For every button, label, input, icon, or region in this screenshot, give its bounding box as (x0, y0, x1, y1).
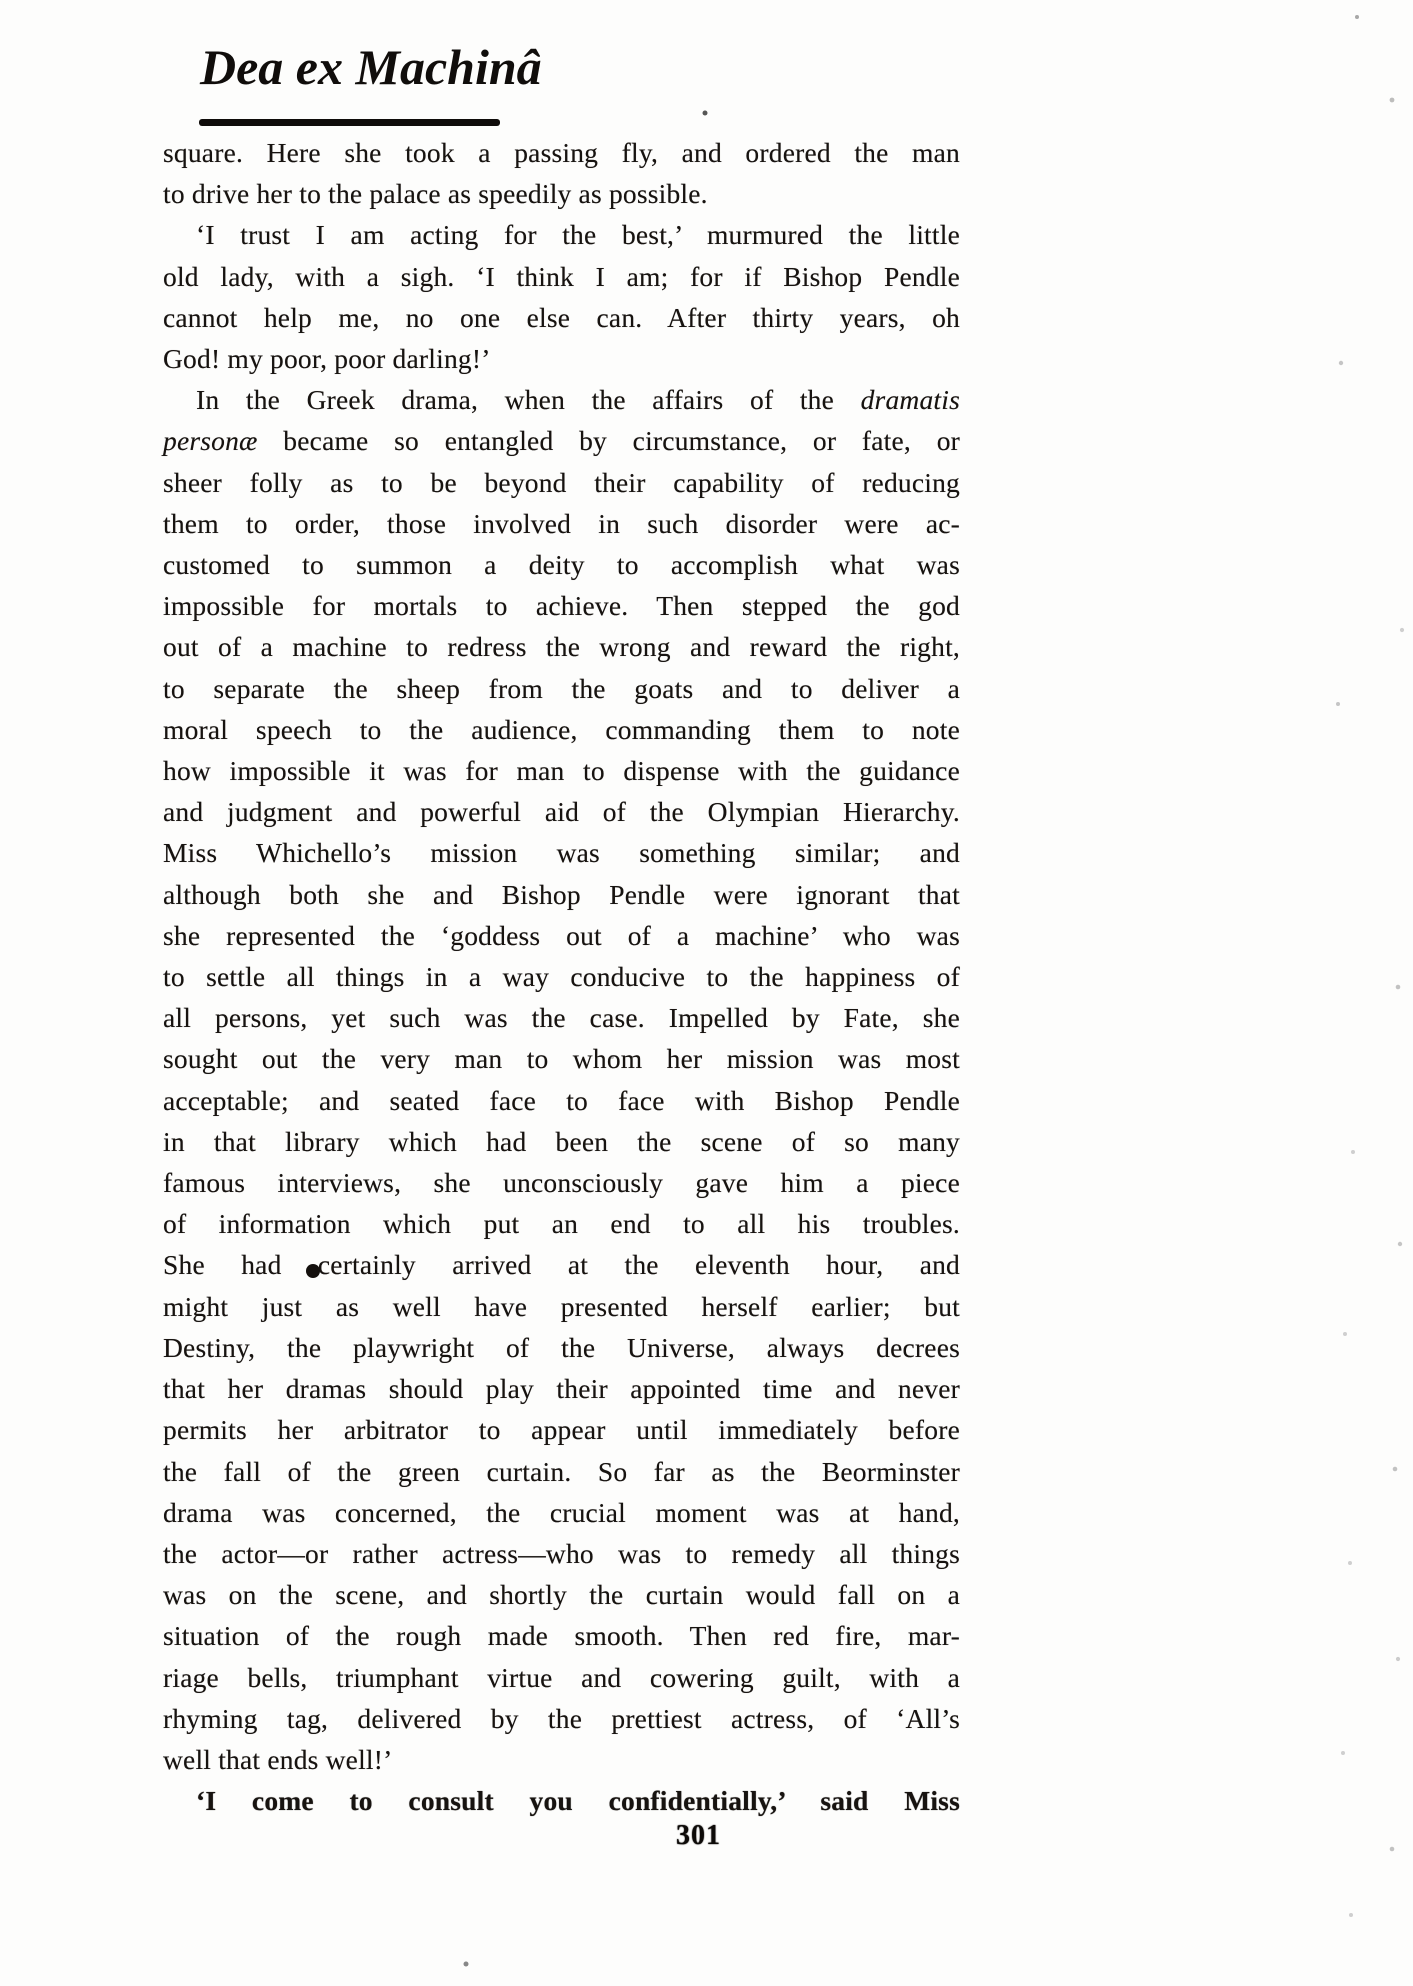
body-text: square. Here she took a passing fly, and… (163, 132, 960, 1821)
text-line: old lady, with a sigh. ‘I think I am; fo… (163, 256, 960, 297)
text-segment: drama was concerned, the crucial moment … (163, 1497, 960, 1528)
text-segment: she represented the ‘goddess out of a ma… (163, 920, 960, 951)
text-segment: the fall of the green curtain. So far as… (163, 1456, 960, 1487)
text-segment: out of a machine to redress the wrong an… (163, 631, 960, 662)
text-line: acceptable; and seated face to face with… (163, 1080, 960, 1121)
text-segment: God! my poor, poor darling!’ (163, 343, 491, 374)
text-line: moral speech to the audience, commanding… (163, 709, 960, 750)
ink-blot (306, 1264, 320, 1278)
text-line: personæ became so entangled by circumsta… (163, 420, 960, 461)
text-line: to separate the sheep from the goats and… (163, 668, 960, 709)
text-segment: well that ends well!’ (163, 1744, 392, 1775)
text-segment: them to order, those involved in such di… (163, 508, 960, 539)
text-segment: rhyming tag, delivered by the prettiest … (163, 1703, 960, 1734)
text-line: God! my poor, poor darling!’ (163, 338, 960, 379)
text-line: sheer folly as to be beyond their capabi… (163, 462, 960, 503)
text-segment: all persons, yet such was the case. Impe… (163, 1002, 960, 1033)
text-segment: the actor—or rather actress—who was to r… (163, 1538, 960, 1569)
text-segment: famous interviews, she unconsciously gav… (163, 1167, 960, 1198)
text-segment: She had certainly arrived at the elevent… (163, 1249, 960, 1280)
text-segment: that her dramas should play their appoin… (163, 1373, 960, 1404)
text-line: sought out the very man to whom her miss… (163, 1038, 960, 1079)
text-segment: might just as well have presented hersel… (163, 1291, 960, 1322)
italic-text-segment: dramatis (861, 384, 960, 415)
text-segment: Miss Whichello’s mission was something s… (163, 837, 960, 868)
text-line: out of a machine to redress the wrong an… (163, 626, 960, 667)
page-number: 301 (676, 1820, 721, 1852)
text-line: famous interviews, she unconsciously gav… (163, 1162, 960, 1203)
text-line: cannot help me, no one else can. After t… (163, 297, 960, 338)
text-segment: and judgment and powerful aid of the Oly… (163, 796, 960, 827)
text-segment: became so entangled by circumstance, or … (258, 425, 960, 456)
text-segment: sheer folly as to be beyond their capabi… (163, 467, 960, 498)
text-segment: Destiny, the playwright of the Universe,… (163, 1332, 960, 1363)
text-segment: to settle all things in a way conducive … (163, 961, 960, 992)
text-segment: riage bells, triumphant virtue and cower… (163, 1662, 960, 1693)
text-line: Destiny, the playwright of the Universe,… (163, 1327, 960, 1368)
text-segment: although both she and Bishop Pendle were… (163, 879, 960, 910)
text-line: impossible for mortals to achieve. Then … (163, 585, 960, 626)
text-line: to drive her to the palace as speedily a… (163, 173, 960, 214)
text-line: in that library which had been the scene… (163, 1121, 960, 1162)
text-line: all persons, yet such was the case. Impe… (163, 997, 960, 1038)
text-line: the actor—or rather actress—who was to r… (163, 1533, 960, 1574)
text-line: drama was concerned, the crucial moment … (163, 1492, 960, 1533)
text-segment: was on the scene, and shortly the curtai… (163, 1579, 960, 1610)
italic-text-segment: personæ (163, 425, 258, 456)
chapter-title: Dea ex Machinâ (200, 38, 542, 96)
text-line: ‘I come to consult you confidentially,’ … (163, 1780, 960, 1821)
text-line: the fall of the green curtain. So far as… (163, 1451, 960, 1492)
text-segment: ‘I trust I am acting for the best,’ murm… (196, 219, 960, 250)
text-line: square. Here she took a passing fly, and… (163, 132, 960, 173)
text-line: to settle all things in a way conducive … (163, 956, 960, 997)
text-segment: acceptable; and seated face to face with… (163, 1085, 960, 1116)
text-line: well that ends well!’ (163, 1739, 960, 1780)
text-line: although both she and Bishop Pendle were… (163, 874, 960, 915)
text-line: customed to summon a deity to accomplish… (163, 544, 960, 585)
text-line: Miss Whichello’s mission was something s… (163, 832, 960, 873)
text-line: ‘I trust I am acting for the best,’ murm… (163, 214, 960, 255)
text-line: might just as well have presented hersel… (163, 1286, 960, 1327)
text-line: of information which put an end to all h… (163, 1203, 960, 1244)
text-segment: to separate the sheep from the goats and… (163, 673, 960, 704)
book-page: Dea ex Machinâ square. Here she took a p… (0, 0, 1413, 1986)
text-segment: of information which put an end to all h… (163, 1208, 960, 1239)
text-segment: situation of the rough made smooth. Then… (163, 1620, 960, 1651)
text-segment: in that library which had been the scene… (163, 1126, 960, 1157)
text-segment: cannot help me, no one else can. After t… (163, 302, 960, 333)
text-segment: customed to summon a deity to accomplish… (163, 549, 960, 580)
text-segment: sought out the very man to whom her miss… (163, 1043, 960, 1074)
text-line: them to order, those involved in such di… (163, 503, 960, 544)
text-segment: permits her arbitrator to appear until i… (163, 1414, 960, 1445)
text-line: She had certainly arrived at the elevent… (163, 1244, 960, 1285)
title-rule (199, 119, 500, 126)
text-line: and judgment and powerful aid of the Oly… (163, 791, 960, 832)
text-segment: square. Here she took a passing fly, and… (163, 137, 960, 168)
text-segment: ‘I come to consult you confidentially,’ … (196, 1785, 960, 1816)
text-segment: how impossible it was for man to dispens… (163, 755, 960, 786)
text-line: In the Greek drama, when the affairs of … (163, 379, 960, 420)
scan-specks (0, 0, 2, 2)
text-line: she represented the ‘goddess out of a ma… (163, 915, 960, 956)
text-line: was on the scene, and shortly the curtai… (163, 1574, 960, 1615)
text-segment: In the Greek drama, when the affairs of … (196, 384, 861, 415)
text-segment: old lady, with a sigh. ‘I think I am; fo… (163, 261, 960, 292)
text-line: riage bells, triumphant virtue and cower… (163, 1657, 960, 1698)
text-segment: moral speech to the audience, commanding… (163, 714, 960, 745)
text-line: rhyming tag, delivered by the prettiest … (163, 1698, 960, 1739)
text-segment: impossible for mortals to achieve. Then … (163, 590, 960, 621)
text-line: how impossible it was for man to dispens… (163, 750, 960, 791)
text-segment: to drive her to the palace as speedily a… (163, 178, 708, 209)
text-line: situation of the rough made smooth. Then… (163, 1615, 960, 1656)
text-line: that her dramas should play their appoin… (163, 1368, 960, 1409)
text-line: permits her arbitrator to appear until i… (163, 1409, 960, 1450)
